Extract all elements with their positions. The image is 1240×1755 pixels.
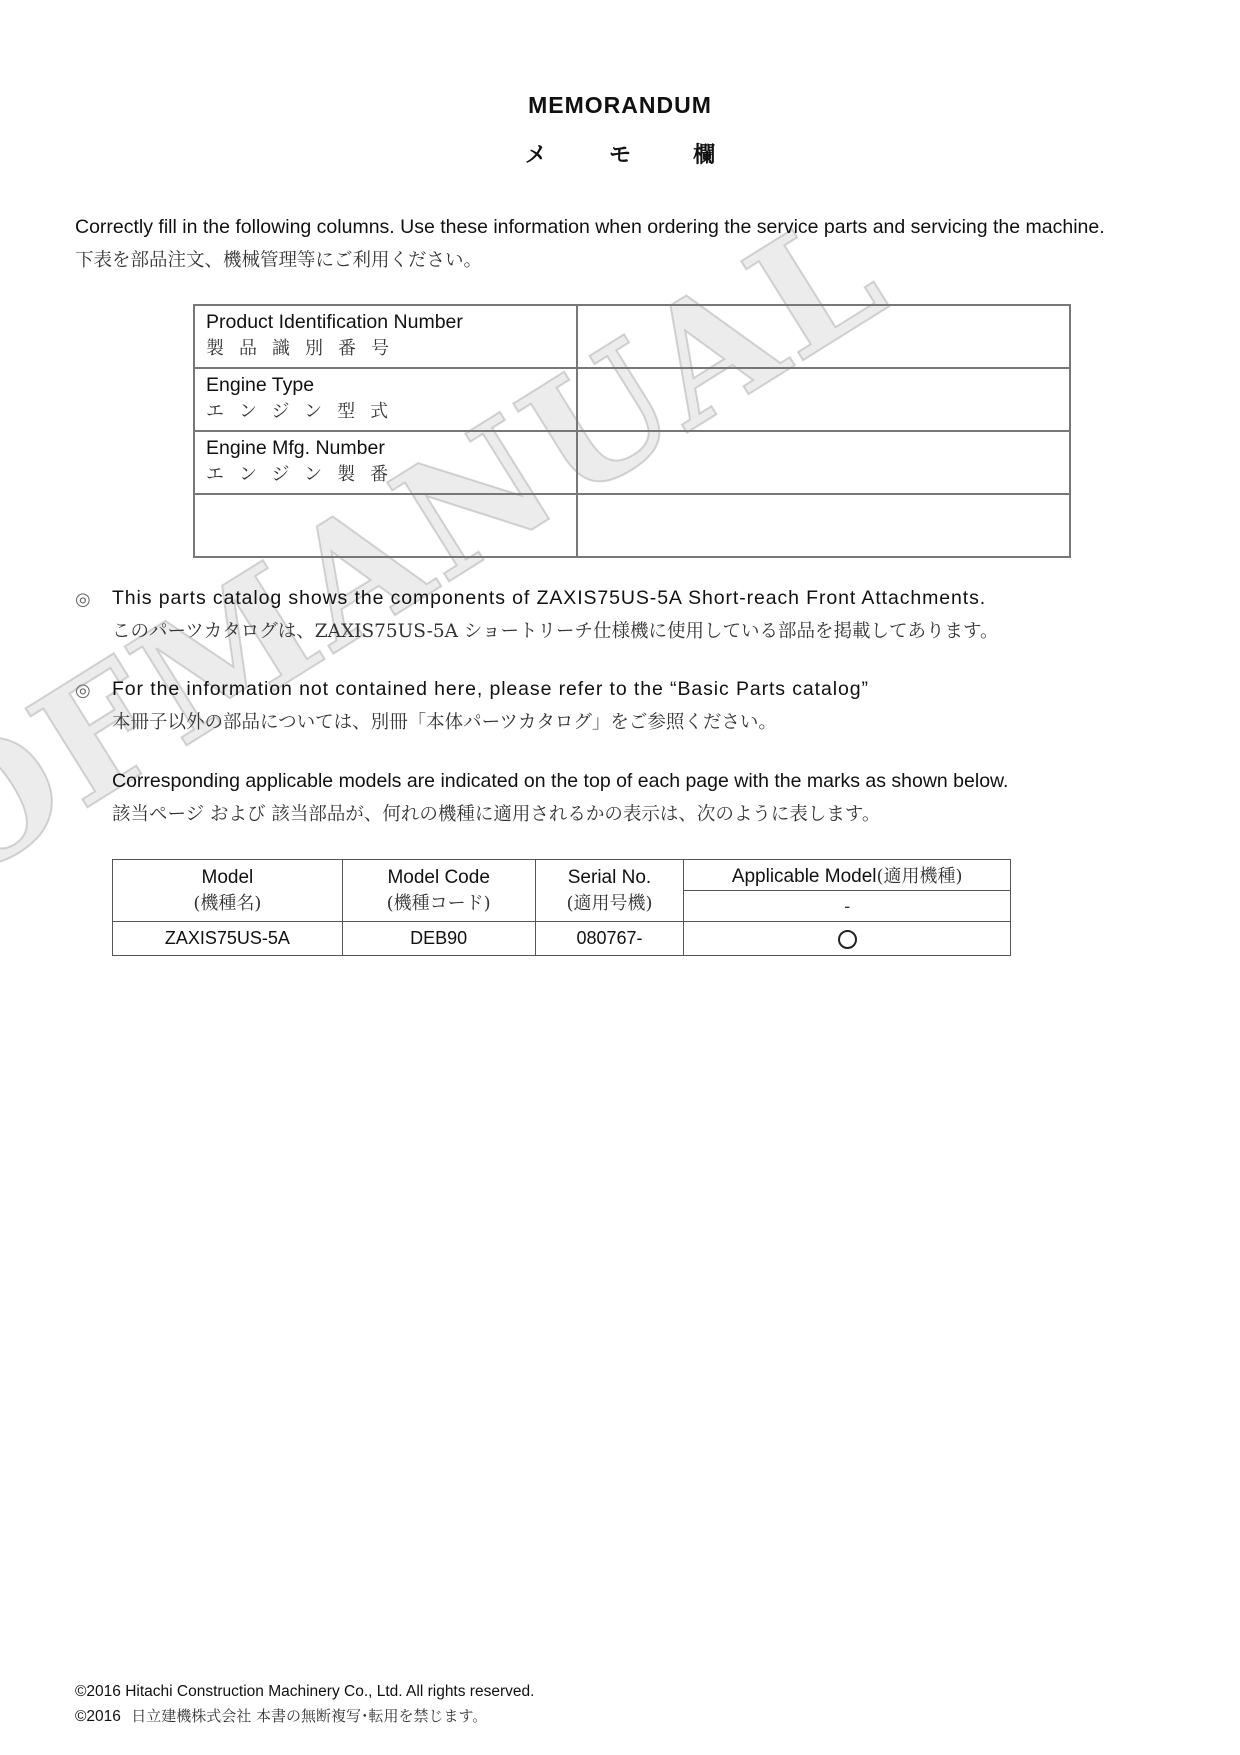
intro-text-en: Correctly fill in the following columns.… bbox=[75, 216, 1105, 239]
memo-value-cell[interactable] bbox=[577, 305, 1070, 368]
header-ja: (機種名) bbox=[113, 889, 342, 915]
corresponding-en: Corresponding applicable models are indi… bbox=[112, 770, 1008, 793]
header-en: Serial No. bbox=[536, 867, 684, 889]
header-model-code: Model Code (機種コード) bbox=[342, 860, 535, 922]
memo-label-cell: Product Identification Number 製品識別番号 bbox=[194, 305, 577, 368]
memo-label-cell: Engine Mfg. Number エンジン製番 bbox=[194, 431, 577, 494]
memo-label-en: Engine Type bbox=[206, 372, 576, 398]
header-model: Model (機種名) bbox=[113, 860, 343, 922]
footer-copyright-prefix: ©2016 bbox=[75, 1708, 121, 1725]
table-row: Engine Type エンジン型式 bbox=[194, 368, 1070, 431]
header-en: Model Code bbox=[343, 867, 535, 889]
header-en: Model bbox=[113, 867, 342, 889]
double-circle-bullet-icon: ◎ bbox=[75, 680, 91, 701]
table-row: ZAXIS75US-5A DEB90 080767- bbox=[113, 922, 1011, 956]
header-serial-no: Serial No. (適用号機) bbox=[535, 860, 684, 922]
cell-serial: 080767- bbox=[535, 922, 684, 956]
circle-mark-icon bbox=[838, 930, 857, 949]
note-1-ja: このパーツカタログは、ZAXIS75US-5A ショートリーチ仕様機に使用してい… bbox=[112, 617, 999, 643]
table-header-row: Model (機種名) Model Code (機種コード) Serial No… bbox=[113, 860, 1011, 891]
memo-table: Product Identification Number 製品識別番号 Eng… bbox=[193, 304, 1071, 558]
memo-label-cell: Engine Type エンジン型式 bbox=[194, 368, 577, 431]
page-subtitle: メ モ 欄 bbox=[0, 138, 1240, 169]
subtitle-char: メ bbox=[525, 138, 547, 169]
table-row: Engine Mfg. Number エンジン製番 bbox=[194, 431, 1070, 494]
memo-label-ja: 製品識別番号 bbox=[206, 335, 576, 363]
memo-label-en: Product Identification Number bbox=[206, 309, 576, 335]
header-ja: (適用号機) bbox=[536, 889, 684, 915]
memo-value-cell[interactable] bbox=[577, 494, 1070, 557]
header-ja: (適用機種) bbox=[877, 866, 963, 887]
memo-label-cell[interactable] bbox=[194, 494, 577, 557]
intro-text-ja: 下表を部品注文、機械管理等にご利用ください。 bbox=[75, 246, 482, 272]
footer-copyright-en: ©2016 Hitachi Construction Machinery Co.… bbox=[75, 1683, 534, 1701]
subtitle-char: 欄 bbox=[693, 138, 715, 169]
applicable-sub-header: - bbox=[684, 891, 1011, 922]
note-1-en: This parts catalog shows the components … bbox=[112, 587, 986, 610]
memo-value-cell[interactable] bbox=[577, 431, 1070, 494]
cell-model: ZAXIS75US-5A bbox=[113, 922, 343, 956]
note-2-en: For the information not contained here, … bbox=[112, 678, 869, 701]
memo-label-en: Engine Mfg. Number bbox=[206, 435, 576, 461]
double-circle-bullet-icon: ◎ bbox=[75, 589, 91, 610]
memo-label-ja: エンジン型式 bbox=[206, 398, 576, 426]
model-table: Model (機種名) Model Code (機種コード) Serial No… bbox=[112, 859, 1011, 956]
header-en: Applicable Model bbox=[732, 866, 877, 887]
cell-model-code: DEB90 bbox=[342, 922, 535, 956]
table-row: Product Identification Number 製品識別番号 bbox=[194, 305, 1070, 368]
memo-value-cell[interactable] bbox=[577, 368, 1070, 431]
header-applicable-model: Applicable Model(適用機種) bbox=[684, 860, 1011, 891]
header-ja: (機種コード) bbox=[343, 889, 535, 915]
table-row bbox=[194, 494, 1070, 557]
note-2-ja: 本冊子以外の部品については、別冊「本体パーツカタログ」をご参照ください。 bbox=[112, 708, 777, 734]
footer-copyright-ja: ©2016 日立建機株式会社 本書の無断複写･転用を禁じます。 bbox=[75, 1705, 487, 1726]
page-title: MEMORANDUM bbox=[0, 92, 1240, 119]
corresponding-ja: 該当ページ および 該当部品が、何れの機種に適用されるかの表示は、次のように表し… bbox=[112, 800, 880, 826]
memo-label-ja: エンジン製番 bbox=[206, 461, 576, 489]
footer-copyright-ja-text: 日立建機株式会社 本書の無断複写･転用を禁じます。 bbox=[131, 1707, 487, 1725]
subtitle-char: モ bbox=[609, 138, 631, 169]
cell-applicable bbox=[684, 922, 1011, 956]
